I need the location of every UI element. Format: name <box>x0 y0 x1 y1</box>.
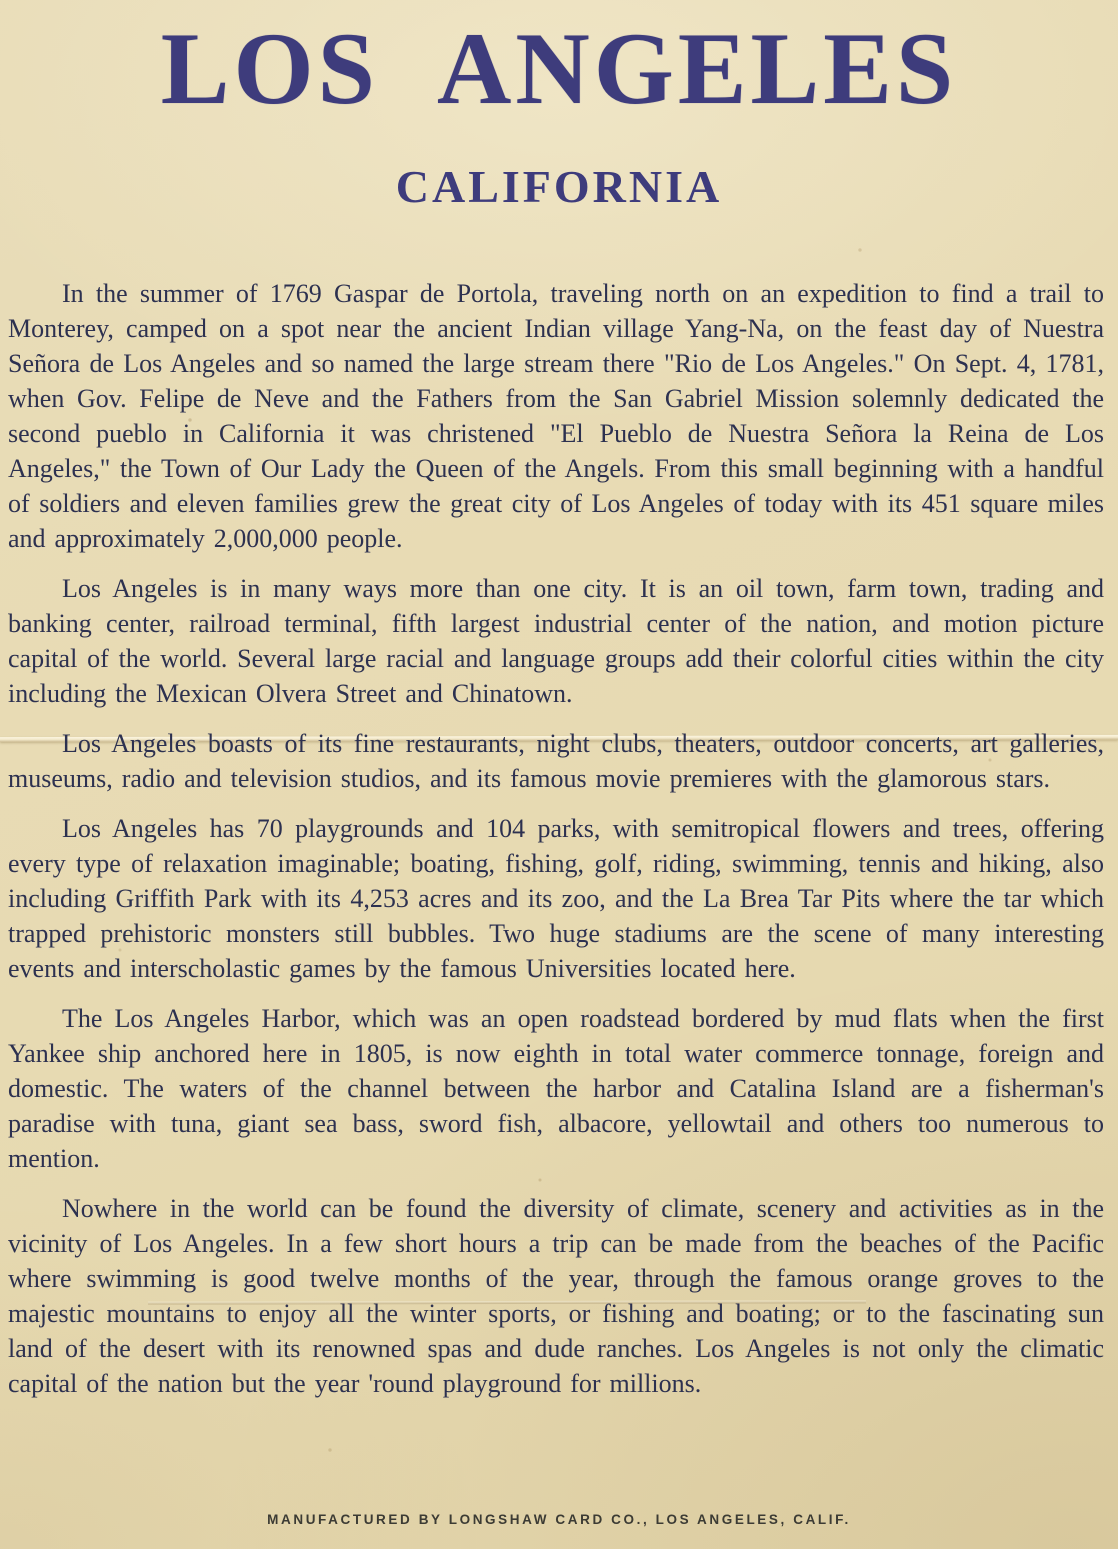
paragraph-founding-history: In the summer of 1769 Gaspar de Portola,… <box>8 276 1104 556</box>
manufacturer-credit: MANUFACTURED BY LONGSHAW CARD CO., LOS A… <box>0 1512 1118 1527</box>
souvenir-card-back: LOS ANGELES CALIFORNIA In the summer of … <box>0 0 1118 1549</box>
paragraph-parks-recreation: Los Angeles has 70 playgrounds and 104 p… <box>8 811 1104 986</box>
body-text: In the summer of 1769 Gaspar de Portola,… <box>8 276 1104 1416</box>
page-title: LOS ANGELES <box>0 10 1118 128</box>
paragraph-city-character: Los Angeles is in many ways more than on… <box>8 571 1104 711</box>
page-subtitle: CALIFORNIA <box>0 160 1118 213</box>
paragraph-entertainment: Los Angeles boasts of its fine restauran… <box>8 726 1104 796</box>
paragraph-harbor: The Los Angeles Harbor, which was an ope… <box>8 1001 1104 1176</box>
paragraph-climate-diversity: Nowhere in the world can be found the di… <box>8 1191 1104 1401</box>
